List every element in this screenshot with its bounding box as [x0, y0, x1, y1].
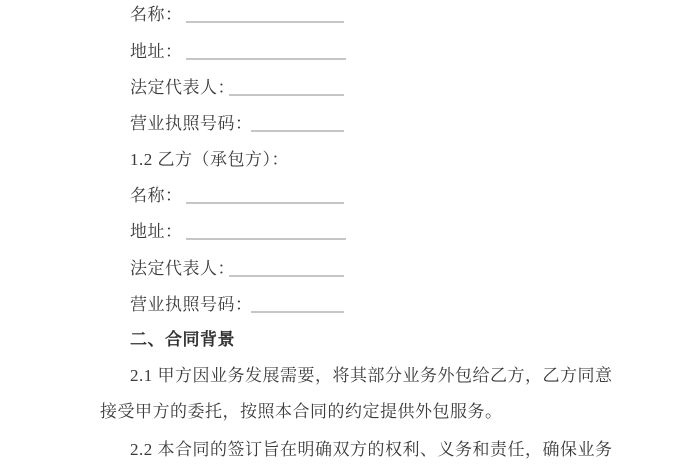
fill-in-blank	[251, 311, 344, 313]
field-label-legal-rep: 法定代表人：	[130, 258, 235, 280]
party-b-heading-row: 1.2 乙方（承包方）：	[0, 149, 700, 171]
field-label-address: 地址：	[130, 221, 183, 243]
section-heading: 二、合同背景	[130, 329, 235, 351]
fill-in-blank	[251, 130, 344, 132]
clause-text: 2.2 本合同的签订旨在明确双方的权利、义务和责任，确保业务	[130, 439, 613, 461]
field-label-license: 营业执照号码：	[130, 113, 253, 135]
clause-2-1-line-2: 接受甲方的委托，按照本合同的约定提供外包服务。	[0, 401, 700, 423]
party-b-name-row: 名称：	[0, 185, 700, 207]
field-label-name: 名称：	[130, 4, 183, 26]
fill-in-blank	[229, 275, 344, 277]
party-a-license-row: 营业执照号码：	[0, 113, 700, 135]
clause-text: 2.1 甲方因业务发展需要，将其部分业务外包给乙方，乙方同意	[130, 365, 613, 387]
party-a-name-row: 名称：	[0, 4, 700, 26]
fill-in-blank	[229, 94, 344, 96]
field-label-legal-rep: 法定代表人：	[130, 77, 235, 99]
clause-2-2-line-1: 2.2 本合同的签订旨在明确双方的权利、义务和责任，确保业务	[0, 439, 700, 461]
party-a-address-row: 地址：	[0, 41, 700, 63]
party-b-license-row: 营业执照号码：	[0, 294, 700, 316]
contract-document-page: 名称： 地址： 法定代表人： 营业执照号码： 1.2 乙方（承包方）： 名称： …	[0, 0, 700, 470]
party-a-legal-rep-row: 法定代表人：	[0, 77, 700, 99]
clause-text: 接受甲方的委托，按照本合同的约定提供外包服务。	[100, 401, 503, 423]
party-b-legal-rep-row: 法定代表人：	[0, 258, 700, 280]
fill-in-blank	[186, 21, 344, 23]
section-heading-row: 二、合同背景	[0, 329, 700, 351]
fill-in-blank	[186, 238, 346, 240]
party-b-address-row: 地址：	[0, 221, 700, 243]
field-label-name: 名称：	[130, 185, 183, 207]
field-label-license: 营业执照号码：	[130, 294, 253, 316]
clause-2-1-line-1: 2.1 甲方因业务发展需要，将其部分业务外包给乙方，乙方同意	[0, 365, 700, 387]
fill-in-blank	[186, 202, 344, 204]
field-label-address: 地址：	[130, 41, 183, 63]
party-b-heading: 1.2 乙方（承包方）：	[130, 149, 289, 171]
fill-in-blank	[186, 58, 346, 60]
